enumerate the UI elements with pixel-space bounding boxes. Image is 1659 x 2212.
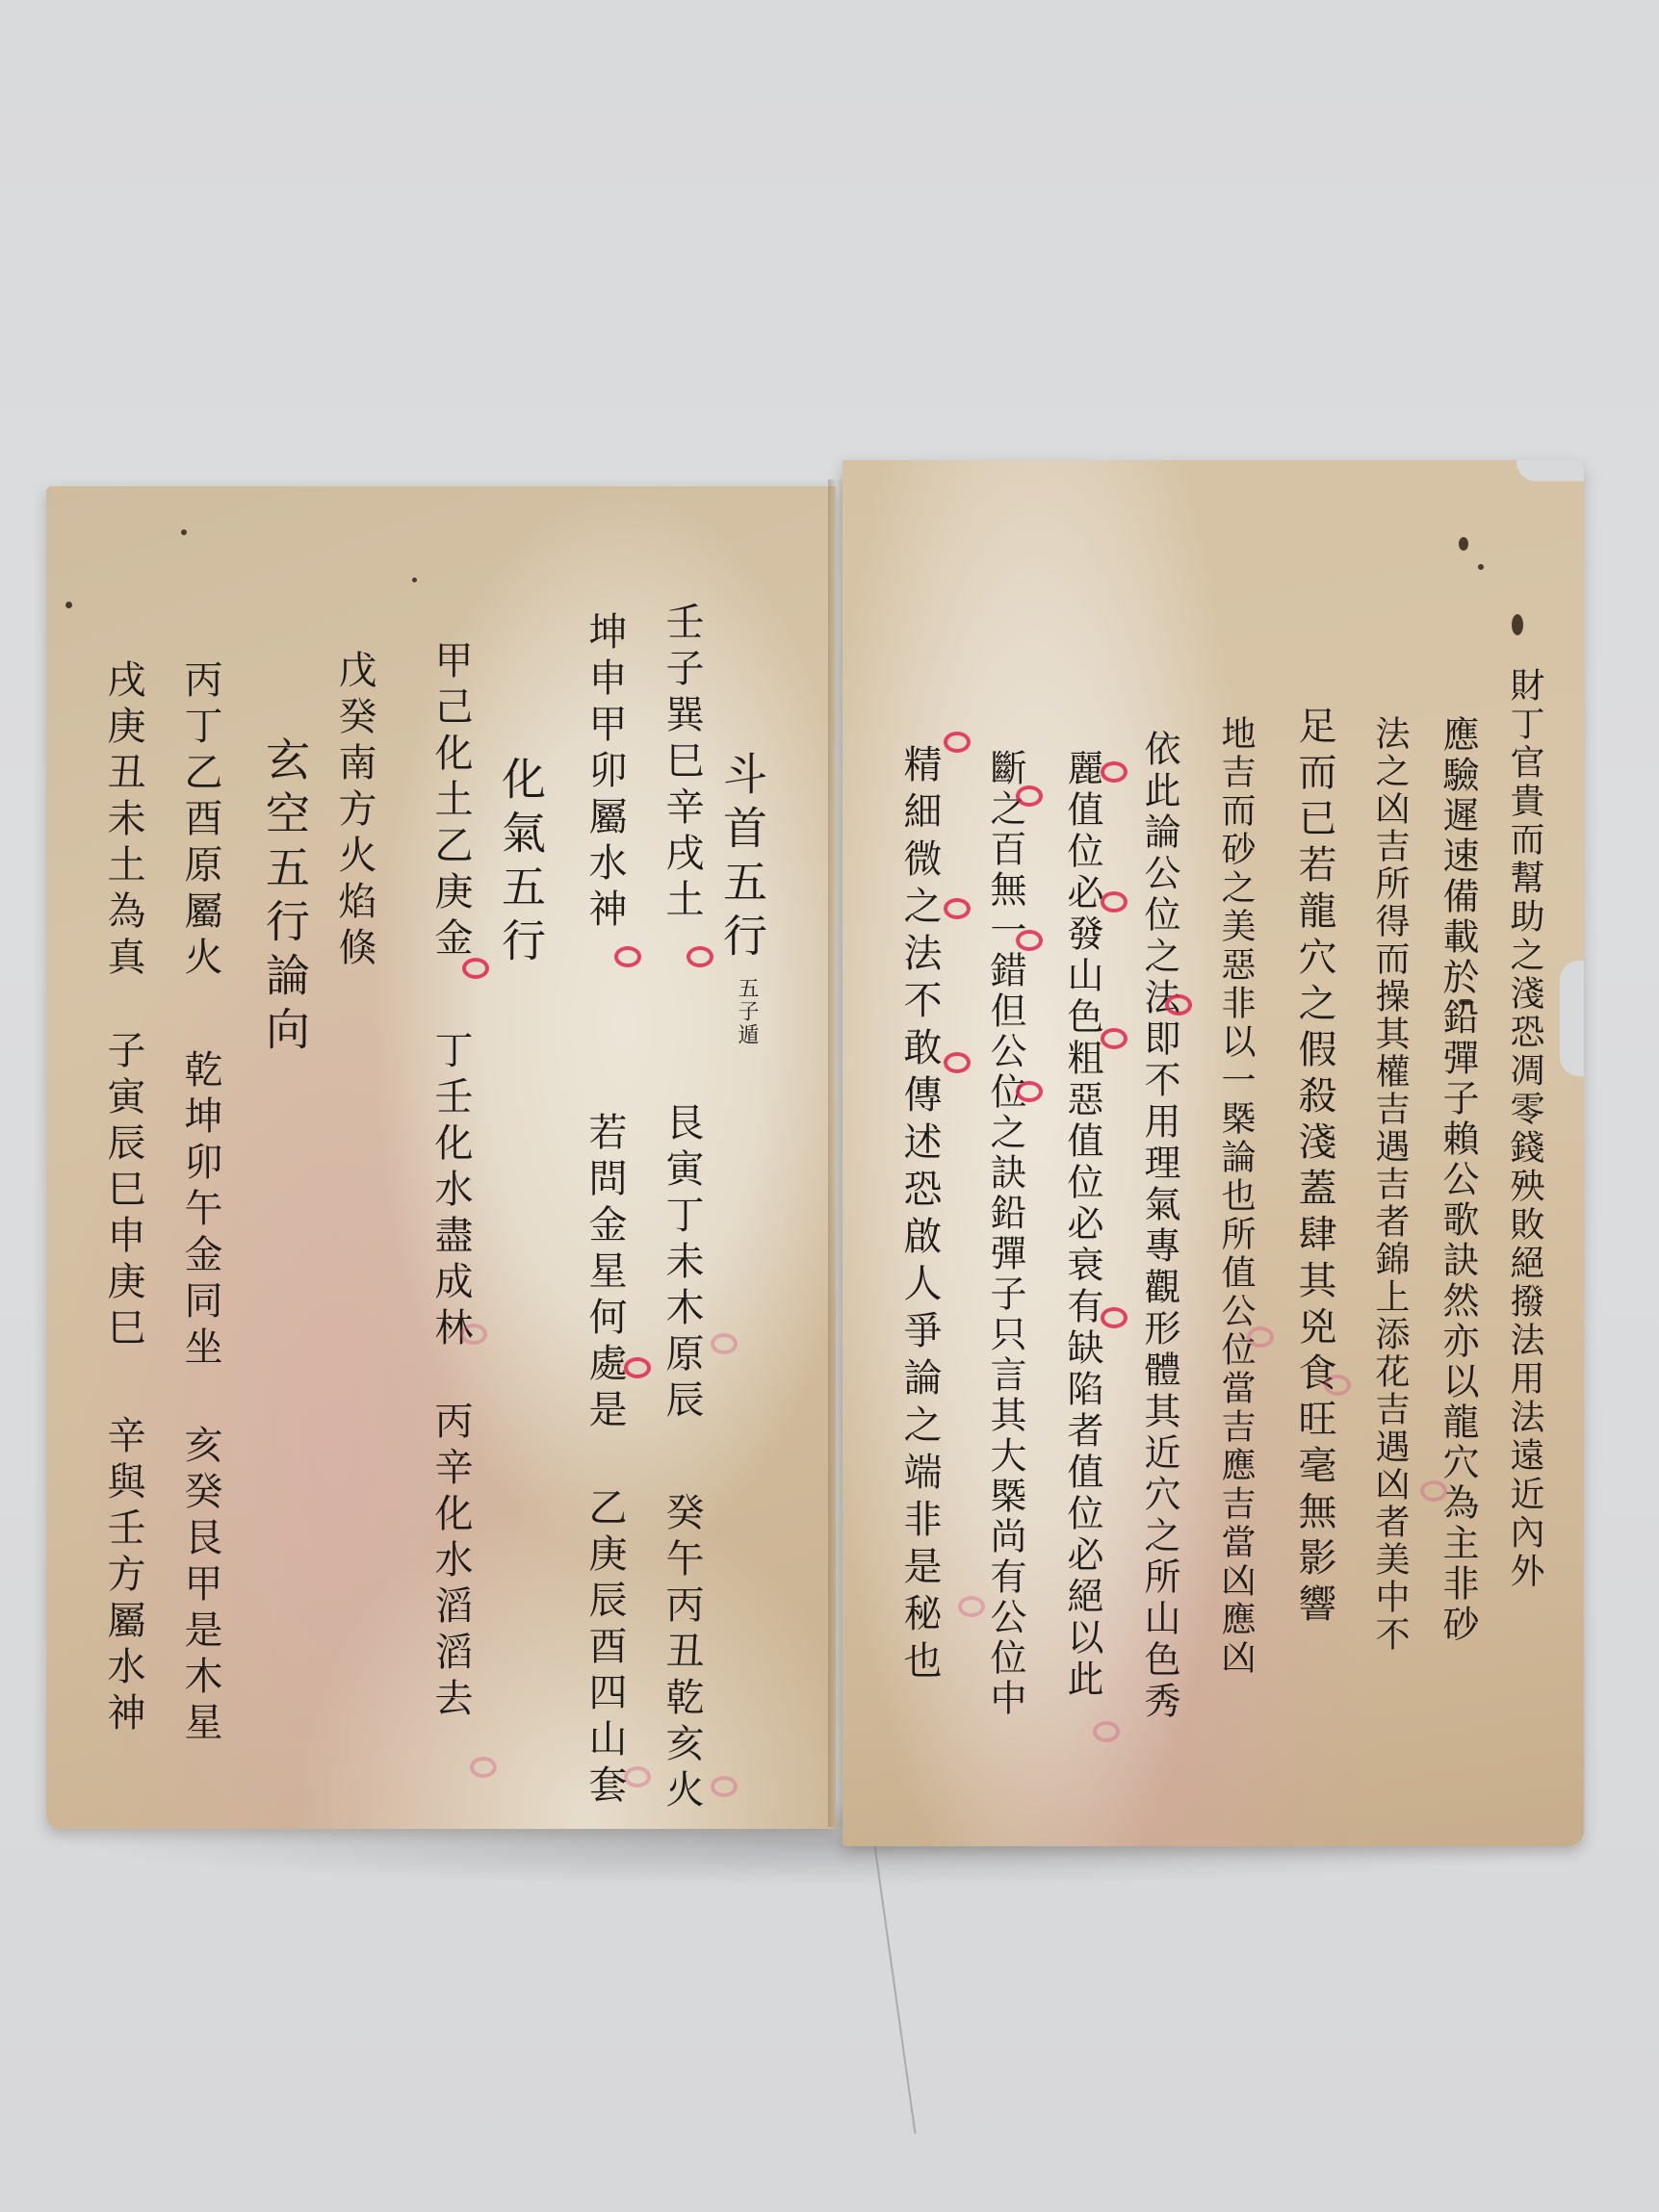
torn-edge <box>1516 460 1584 481</box>
red-circle-mark <box>1093 1721 1120 1742</box>
red-circle-mark <box>614 946 641 967</box>
verse-line: 艮寅丁未木原辰 <box>662 1102 701 1426</box>
text-column: 法之凶吉所得而操其權吉遇吉者錦上添花吉遇凶者美中不 <box>1372 715 1407 1654</box>
red-circle-mark <box>1016 1081 1043 1102</box>
worm-hole <box>412 578 417 582</box>
red-circle-mark <box>460 1324 487 1345</box>
red-circle-mark <box>1324 1375 1351 1396</box>
text-column: 應驗遲速備載於鉛彈子賴公歌訣然亦以龍穴為主非砂 <box>1439 715 1476 1645</box>
verse-line: 甲己化土乙庚金 <box>431 640 470 964</box>
worm-hole <box>181 529 187 535</box>
heading-doushou-wuxing: 斗首五行 <box>720 751 765 966</box>
red-circle-mark <box>944 732 971 753</box>
verse-line: 亥癸艮甲是木星 <box>181 1425 220 1748</box>
heading-xuankong-wuxing: 玄空五行論向 <box>263 736 307 1060</box>
torn-edge <box>1560 961 1584 1076</box>
verse-line: 丙辛化水滔滔去 <box>431 1401 470 1724</box>
text-column: 麗值位必發山色粗惡值位必衰有缺陷者值位必絕以此 <box>1064 749 1101 1701</box>
verse-line: 丙丁乙酉原屬火 <box>181 659 220 983</box>
red-circle-mark <box>687 946 713 967</box>
red-circle-mark <box>624 1766 651 1788</box>
worm-hole <box>1459 537 1468 551</box>
red-circle-mark <box>944 898 971 919</box>
verse-line: 子寅辰巳申庚巳 <box>104 1030 143 1353</box>
red-circle-mark <box>1247 1326 1274 1348</box>
text-column: 精細微之法不敢傳述恐啟人爭論之端非是秘也 <box>900 744 939 1687</box>
red-circle-mark <box>958 1596 985 1617</box>
red-circle-mark <box>624 1357 651 1378</box>
worm-hole <box>1478 564 1484 570</box>
verse-line: 戌庚丑未土為真 <box>104 659 143 983</box>
verse-line: 乾坤卯午金同坐 <box>181 1049 220 1373</box>
verse-line: 癸午丙丑乾亥火 <box>662 1492 701 1815</box>
red-circle-mark <box>1101 1307 1128 1328</box>
verse-line: 乙庚辰酉四山套 <box>585 1487 624 1811</box>
verse-line: 丁壬化水盡成林 <box>431 1030 470 1353</box>
red-circle-mark <box>1016 785 1043 807</box>
text-column: 足而已若龍穴之假殺淺蓋肆其兇食旺毫無影響 <box>1295 706 1334 1630</box>
worm-hole <box>1512 614 1523 635</box>
worm-hole <box>65 602 72 608</box>
red-circle-mark <box>1101 1028 1128 1049</box>
text-column: 地吉而砂之美惡非以一槩論也所值公位當吉應吉當凶應凶 <box>1218 715 1253 1678</box>
left-page: 斗首五行 五子遁 壬子巽巳辛戌土 艮寅丁未木原辰 癸午丙丑乾亥火 坤申甲卯屬水神… <box>46 486 836 1829</box>
verse-line: 辛與壬方屬水神 <box>104 1415 143 1738</box>
red-circle-mark <box>470 1757 497 1778</box>
red-circle-mark <box>1016 930 1043 951</box>
heading-huaqi-wuxing: 化氣五行 <box>499 756 543 971</box>
right-page: 財丁官貴而幫助之淺恐凋零錢殃敗絕撥法用法遠近內外 應驗遲速備載於鉛彈子賴公歌訣然… <box>842 460 1584 1846</box>
red-circle-mark <box>711 1333 738 1354</box>
verse-line: 壬子巽巳辛戌土 <box>662 602 701 925</box>
red-circle-mark <box>711 1776 738 1797</box>
verse-line: 坤申甲卯屬水神 <box>585 611 624 935</box>
text-column: 財丁官貴而幫助之淺恐凋零錢殃敗絕撥法用法遠近內外 <box>1507 667 1542 1591</box>
text-column: 依此論公位之法即不用理氣專觀形體其近穴之所山色秀 <box>1141 730 1178 1723</box>
red-circle-mark <box>1165 994 1192 1016</box>
red-circle-mark <box>1101 761 1128 783</box>
subheading-wuzi-dun: 五子遁 <box>736 977 757 1046</box>
text-column: 斷之百無一錯但公位之訣鉛彈子只言其大槩尚有公位中 <box>987 749 1024 1719</box>
verse-line: 若問金星何處是 <box>585 1112 624 1435</box>
red-circle-mark <box>944 1052 971 1073</box>
red-circle-mark <box>462 958 489 979</box>
verse-line: 戊癸南方火焰倏 <box>335 650 374 973</box>
red-circle-mark <box>1420 1480 1447 1502</box>
red-circle-mark <box>1101 891 1128 913</box>
